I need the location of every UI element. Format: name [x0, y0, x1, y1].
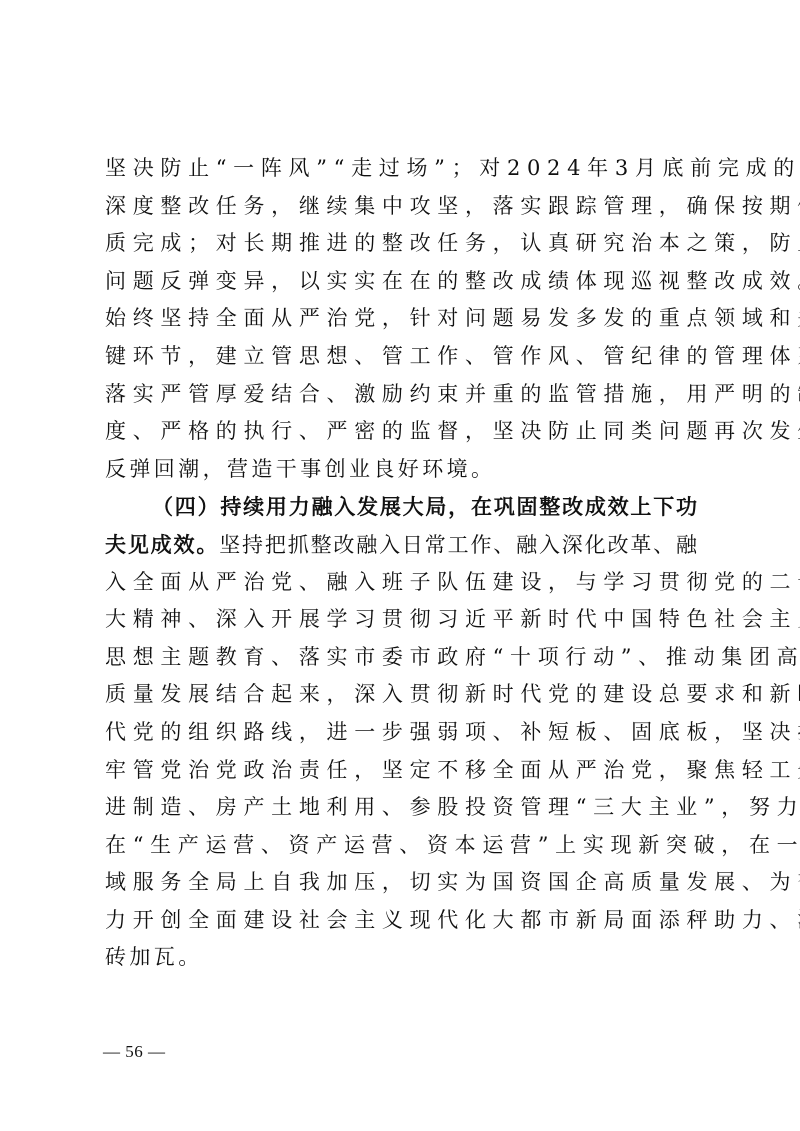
text-line: 进 制 造 、 房 产 土 地 利 用 、 参 股 投 资 管 理 “ 三 大 …	[105, 789, 697, 827]
section-four-heading: （四）持续用力融入发展大局，在巩固整改成效上下功	[152, 494, 697, 519]
text-line: 域 服 务 全 局 上 自 我 加 压 ， 切 实 为 国 资 国 企 高 质 …	[105, 864, 697, 902]
section-four-body-start: 坚持把抓整改融入日常工作、融入深化改革、融	[219, 533, 697, 557]
text-line: 落 实 严 管 厚 爱 结 合 、 激 励 约 束 并 重 的 监 管 措 施 …	[105, 376, 697, 414]
text-line: 砖加瓦。	[105, 939, 697, 977]
page-number: — 56 —	[103, 1042, 166, 1062]
text-line: 键 环 节 ， 建 立 管 思 想 、 管 工 作 、 管 作 风 、 管 纪 …	[105, 338, 697, 376]
text-line: 坚 决 防 止 “ 一 阵 风 ” “ 走 过 场 ” ； 对 2 0 2 4 …	[105, 150, 697, 188]
text-line: 始 终 坚 持 全 面 从 严 治 党 ， 针 对 问 题 易 发 多 发 的 …	[105, 300, 697, 338]
text-line: 思 想 主 题 教 育 、 落 实 市 委 市 政 府 “ 十 项 行 动 ” …	[105, 639, 697, 677]
document-page: 坚 决 防 止 “ 一 阵 风 ” “ 走 过 场 ” ； 对 2 0 2 4 …	[0, 0, 800, 1131]
text-line: 质 完 成 ； 对 长 期 推 进 的 整 改 任 务 ， 认 真 研 究 治 …	[105, 225, 697, 263]
body-text: 坚 决 防 止 “ 一 阵 风 ” “ 走 过 场 ” ； 对 2 0 2 4 …	[105, 150, 697, 977]
text-line: 问 题 反 弹 变 异 ， 以 实 实 在 在 的 整 改 成 绩 体 现 巡 …	[105, 263, 697, 301]
text-line: 大 精 神 、 深 入 开 展 学 习 贯 彻 习 近 平 新 时 代 中 国 …	[105, 601, 697, 639]
text-line: 反弹回潮，营造干事创业良好环境。	[105, 451, 697, 489]
text-line: 在 “ 生 产 运 营 、 资 产 运 营 、 资 本 运 营 ” 上 实 现 …	[105, 827, 697, 865]
section-four-heading-continuation: 夫见成效。	[105, 532, 219, 557]
text-line: 质 量 发 展 结 合 起 来 ， 深 入 贯 彻 新 时 代 党 的 建 设 …	[105, 676, 697, 714]
text-line: 牢 管 党 治 党 政 治 责 任 ， 坚 定 不 移 全 面 从 严 治 党 …	[105, 752, 697, 790]
text-line: 入 全 面 从 严 治 党 、 融 入 班 子 队 伍 建 设 ， 与 学 习 …	[105, 564, 697, 602]
text-line: 力 开 创 全 面 建 设 社 会 主 义 现 代 化 大 都 市 新 局 面 …	[105, 902, 697, 940]
text-line: 度 、 严 格 的 执 行 、 严 密 的 监 督 ， 坚 决 防 止 同 类 …	[105, 413, 697, 451]
section-four-heading-line: （四）持续用力融入发展大局，在巩固整改成效上下功	[105, 488, 697, 526]
text-line: 深 度 整 改 任 务 ， 继 续 集 中 攻 坚 ， 落 实 跟 踪 管 理 …	[105, 188, 697, 226]
section-four-heading-continuation-line: 夫见成效。坚持把抓整改融入日常工作、融入深化改革、融	[105, 526, 697, 564]
text-line: 代 党 的 组 织 路 线 ， 进 一 步 强 弱 项 、 补 短 板 、 固 …	[105, 714, 697, 752]
